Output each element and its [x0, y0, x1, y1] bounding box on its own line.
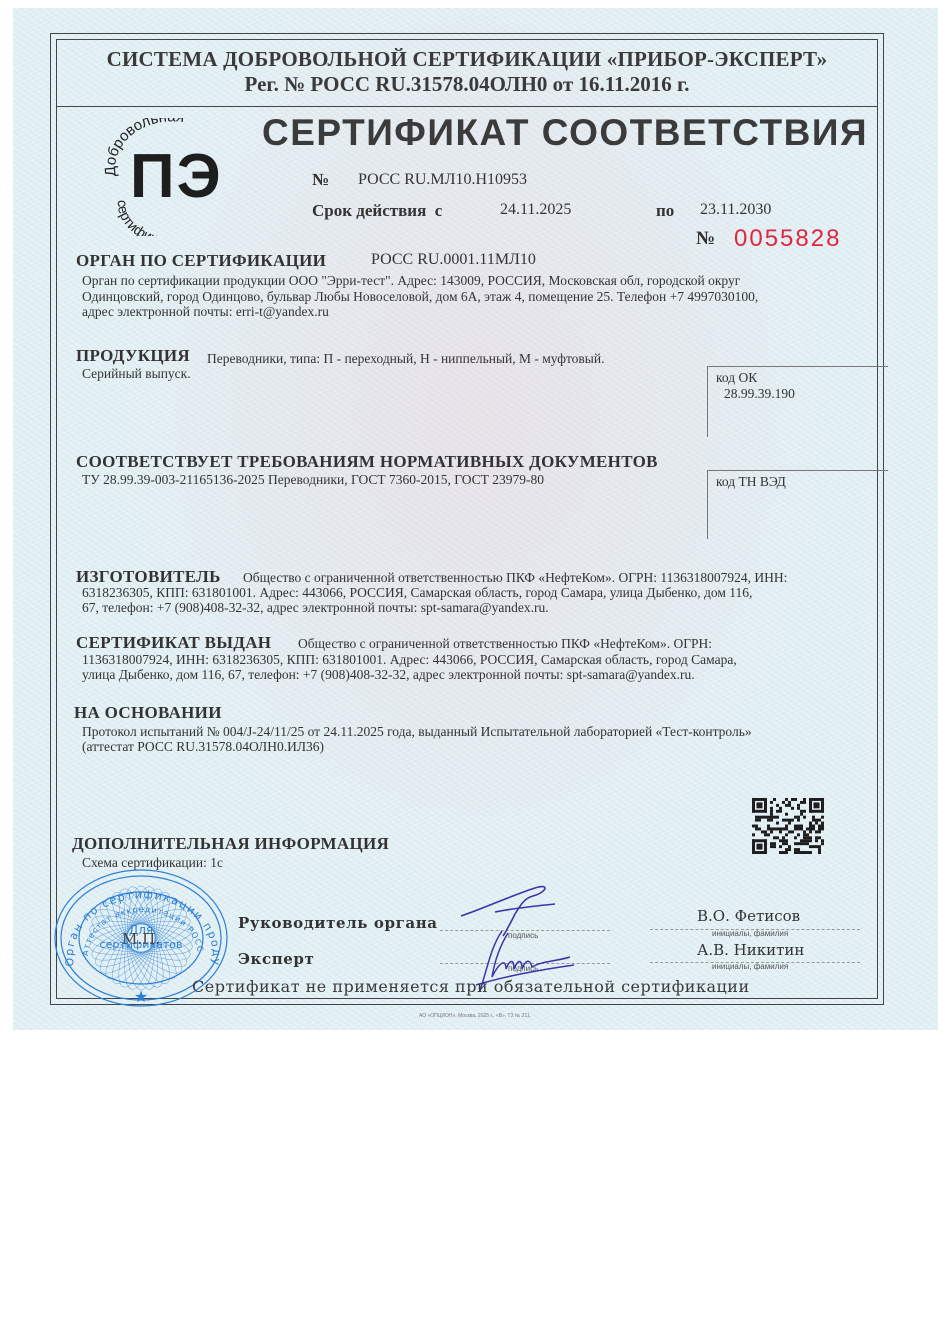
basis-line-1: Протокол испытаний № 004/J-24/11/25 от 2…	[82, 724, 752, 740]
basis-heading: НА ОСНОВАНИИ	[74, 703, 222, 723]
certification-body-line-2: Одинцовский, город Одинцово, бульвар Люб…	[82, 289, 758, 305]
certification-body-line-3: адрес электронной почты: erri-t@yandex.r…	[82, 304, 329, 320]
footer-note: Сертификат не применяется при обязательн…	[192, 977, 750, 996]
compliance-documents: ТУ 28.99.39-003-21165136-2025 Переводник…	[82, 472, 544, 488]
svg-text:М.П.: М.П.	[122, 930, 160, 948]
manufacturer-line-3: 67, телефон: +7 (908)408-32-32, адрес эл…	[82, 600, 549, 616]
system-title: СИСТЕМА ДОБРОВОЛЬНОЙ СЕРТИФИКАЦИИ «ПРИБО…	[57, 47, 877, 72]
issued-to-line-2: 1136318007924, ИНН: 6318236305, КПП: 631…	[82, 652, 737, 668]
certificate-number: РОСС RU.МЛ10.Н10953	[358, 171, 527, 189]
pe-logo: Добровольная сертификация ПЭ	[104, 118, 239, 236]
certification-body-heading: ОРГАН ПО СЕРТИФИКАЦИИ	[76, 251, 326, 271]
tn-ved-code-label: код ТН ВЭД	[716, 474, 786, 490]
basis-line-2: (аттестат РОСС RU.31578.04ОЛН0.ИЛ36)	[82, 739, 324, 755]
validity-label: Срок действия с	[312, 201, 442, 221]
manufacturer-line-2: 6318236305, КПП: 631801001. Адрес: 44306…	[82, 585, 752, 601]
qr-code[interactable]	[752, 798, 824, 854]
expert-name: А.В. Никитин	[697, 941, 804, 959]
compliance-heading: СООТВЕТСТВУЕТ ТРЕБОВАНИЯМ НОРМАТИВНЫХ ДО…	[76, 452, 658, 472]
form-number-label: №	[696, 228, 715, 250]
certificate-title: СЕРТИФИКАТ СООТВЕТСТВИЯ	[262, 112, 882, 154]
ok-code-value: 28.99.39.190	[724, 386, 795, 402]
issued-to-heading: СЕРТИФИКАТ ВЫДАН	[76, 633, 271, 653]
system-registration: Рег. № РОСС RU.31578.04ОЛН0 от 16.11.201…	[57, 72, 877, 97]
header-divider	[57, 106, 877, 107]
logo-mark: ПЭ	[130, 146, 223, 208]
certification-body-code: РОСС RU.0001.11МЛ10	[371, 252, 536, 268]
tn-ved-code-box: код ТН ВЭД	[707, 470, 888, 539]
expert-name-caption: инициалы, фамилия	[712, 962, 788, 971]
manufacturer-heading: ИЗГОТОВИТЕЛЬ	[76, 567, 221, 587]
expert-label: Эксперт	[238, 950, 314, 968]
form-number: 0055828	[734, 225, 841, 253]
svg-text:★: ★	[134, 987, 148, 1006]
valid-to: 23.11.2030	[700, 201, 771, 219]
head-of-body-label: Руководитель органа	[238, 914, 438, 932]
product-heading: ПРОДУКЦИЯ	[76, 346, 190, 366]
additional-info-heading: ДОПОЛНИТЕЛЬНАЯ ИНФОРМАЦИЯ	[72, 834, 389, 854]
product-description: Переводники, типа: П - переходный, Н - н…	[207, 351, 604, 367]
certification-body-line-1: Орган по сертификации продукции ООО "Эрр…	[82, 273, 740, 289]
valid-to-label: по	[656, 201, 674, 221]
issued-to-line-3: улица Дыбенко, дом 116, 67, телефон: +7 …	[82, 667, 695, 683]
head-name: В.О. Фетисов	[697, 907, 800, 925]
ok-code-label: код ОК	[716, 370, 757, 386]
issued-to-line-1: Общество с ограниченной ответственностью…	[298, 636, 712, 652]
certificate-number-label: №	[312, 170, 329, 190]
valid-from: 24.11.2025	[500, 201, 571, 219]
product-release: Серийный выпуск.	[82, 366, 191, 382]
manufacturer-line-1: Общество с ограниченной ответственностью…	[243, 570, 787, 586]
printer-note: АО «ОПЦИОН», Москва, 2025 г., «В», ТЗ № …	[0, 1013, 950, 1019]
ok-code-box: код ОК 28.99.39.190	[707, 366, 888, 437]
head-name-caption: инициалы, фамилия	[712, 929, 788, 938]
